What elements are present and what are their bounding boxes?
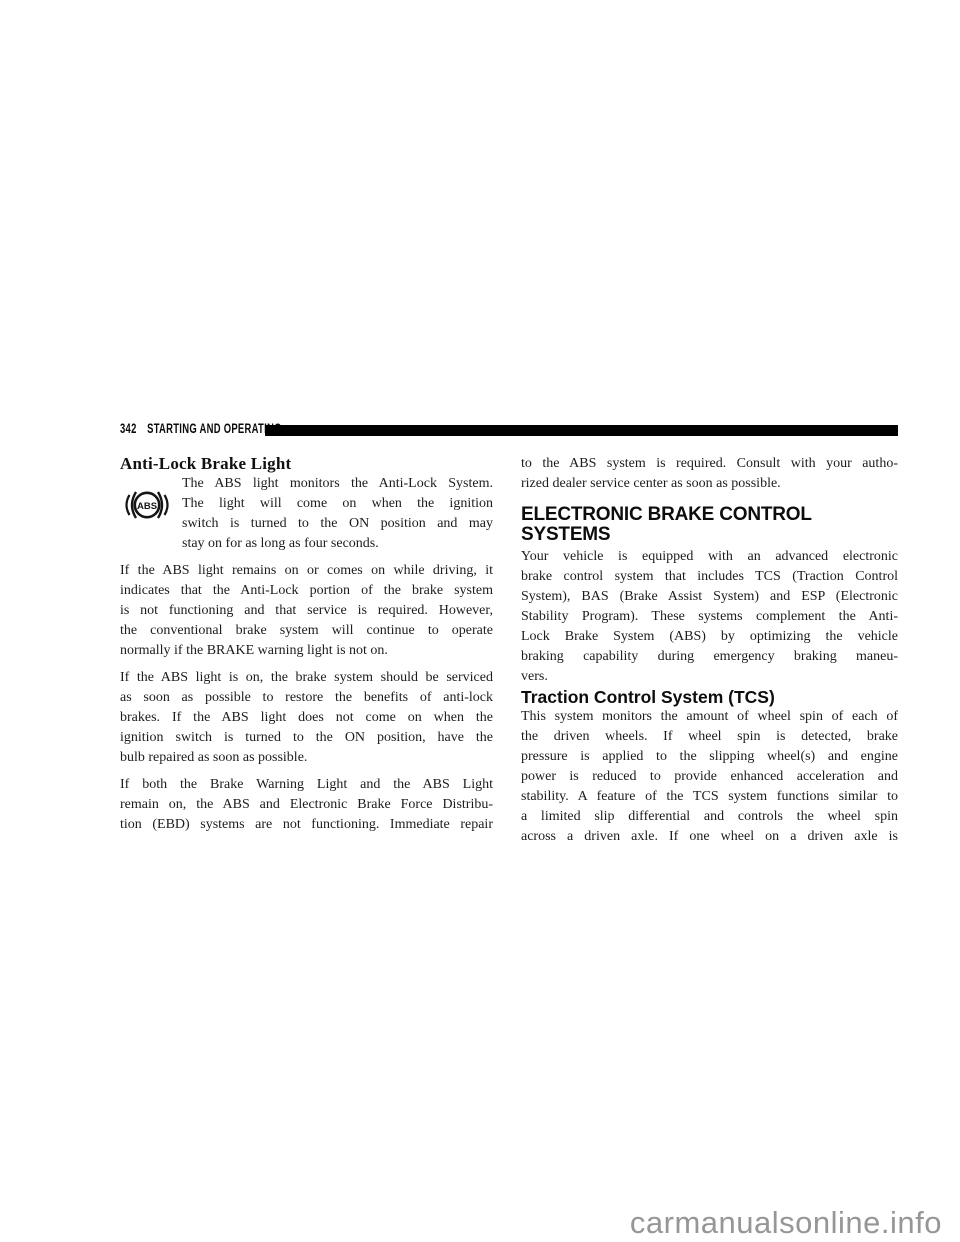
- text-line: across a driven axle. If one wheel on a …: [521, 827, 898, 847]
- text-line: Stability Program). These systems comple…: [521, 607, 898, 627]
- text-line: tion (EBD) systems are not functioning. …: [120, 815, 493, 835]
- text-line: Your vehicle is equipped with an advance…: [521, 547, 898, 567]
- text-line: the driven wheels. If wheel spin is dete…: [521, 727, 898, 747]
- paragraph-ebcs: Your vehicle is equipped with an advance…: [521, 547, 898, 687]
- text-line: braking capability during emergency brak…: [521, 647, 898, 667]
- text-line: the conventional brake system will conti…: [120, 621, 493, 641]
- text-line: The light will come on when the ignition: [182, 494, 493, 514]
- left-column: Anti-Lock Brake Light ABS The ABS light …: [120, 454, 493, 842]
- text-line: brake control system that includes TCS (…: [521, 567, 898, 587]
- text-line: indicates that the Anti-Lock portion of …: [120, 581, 493, 601]
- page-number: 342: [120, 421, 137, 436]
- text-line: to the ABS system is required. Consult w…: [521, 454, 898, 474]
- paragraph-abs-driving: If the ABS light remains on or comes on …: [120, 561, 493, 661]
- paragraph-abs-intro: ABS The ABS light monitors the Anti-Lock…: [120, 474, 493, 554]
- paragraph-brake-warning: If both the Brake Warning Light and the …: [120, 775, 493, 835]
- watermark-text: carmanualsonline.info: [630, 1205, 942, 1241]
- text-line: System), BAS (Brake Assist System) and E…: [521, 587, 898, 607]
- text-line: as soon as possible to restore the benef…: [120, 688, 493, 708]
- text-line: vers.: [521, 667, 898, 687]
- text-line: pressure is applied to the slipping whee…: [521, 747, 898, 767]
- text-line: stability. A feature of the TCS system f…: [521, 787, 898, 807]
- header-rule-bar: [265, 425, 898, 436]
- abs-icon-label: ABS: [137, 501, 157, 512]
- manual-page: 342 STARTING AND OPERATING Anti-Lock Bra…: [0, 0, 960, 1242]
- paragraph-continuation: to the ABS system is required. Consult w…: [521, 454, 898, 494]
- paragraph-tcs: This system monitors the amount of wheel…: [521, 707, 898, 847]
- heading-electronic-brake-control-systems: ELECTRONIC BRAKE CONTROL SYSTEMS: [521, 505, 898, 545]
- page-header: 342 STARTING AND OPERATING: [120, 421, 282, 436]
- paragraph-abs-service: If the ABS light is on, the brake system…: [120, 668, 493, 768]
- heading-traction-control-system: Traction Control System (TCS): [521, 687, 898, 707]
- heading-anti-lock-brake-light: Anti-Lock Brake Light: [120, 454, 493, 474]
- text-line: Lock Brake System (ABS) by optimizing th…: [521, 627, 898, 647]
- text-line: The ABS light monitors the Anti-Lock Sys…: [182, 474, 493, 494]
- text-line: If both the Brake Warning Light and the …: [120, 775, 493, 795]
- text-line: a limited slip differential and controls…: [521, 807, 898, 827]
- text-line: remain on, the ABS and Electronic Brake …: [120, 795, 493, 815]
- text-line: If the ABS light remains on or comes on …: [120, 561, 493, 581]
- text-line: is not functioning and that service is r…: [120, 601, 493, 621]
- text-line: If the ABS light is on, the brake system…: [120, 668, 493, 688]
- abs-warning-icon: ABS: [123, 487, 171, 523]
- text-line: This system monitors the amount of wheel…: [521, 707, 898, 727]
- text-line: rized dealer service center as soon as p…: [521, 474, 898, 494]
- text-line: bulb repaired as soon as possible.: [120, 748, 493, 768]
- right-column: to the ABS system is required. Consult w…: [521, 454, 898, 847]
- text-line: normally if the BRAKE warning light is n…: [120, 641, 493, 661]
- text-line: switch is turned to the ON position and …: [182, 514, 493, 534]
- text-line: stay on for as long as four seconds.: [182, 534, 493, 554]
- text-line: power is reduced to provide enhanced acc…: [521, 767, 898, 787]
- section-title: STARTING AND OPERATING: [147, 421, 282, 436]
- text-line: brakes. If the ABS light does not come o…: [120, 708, 493, 728]
- text-line: ignition switch is turned to the ON posi…: [120, 728, 493, 748]
